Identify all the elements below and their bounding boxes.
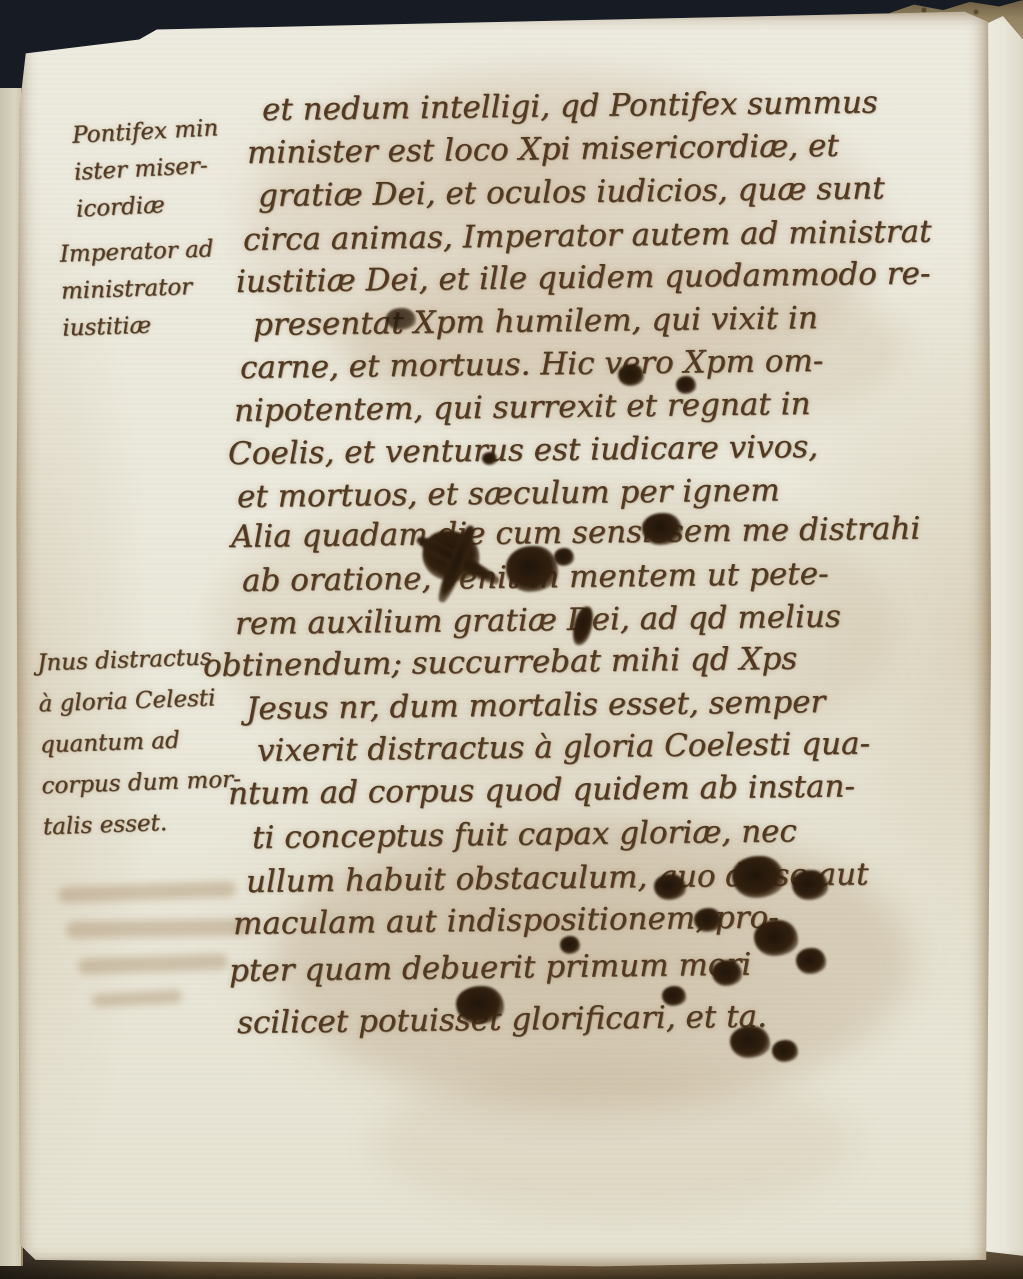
bleedthrough-smudge: [58, 881, 236, 903]
ink-blot: [482, 452, 497, 465]
bleedthrough-smudge: [92, 990, 183, 1008]
ink-blot: [792, 870, 828, 900]
manuscript-page: Pontifex minister miser-icordiæ Imperato…: [14, 8, 992, 1270]
ink-blot: [694, 908, 722, 932]
margin-note-line: icordiæ: [75, 184, 223, 229]
margin-note-line: Imperator ad: [59, 231, 214, 273]
ink-blot: [754, 920, 798, 956]
ink-blot: [618, 364, 644, 386]
margin-note-pontifex: Pontifex minister miser-icordiæ: [71, 110, 223, 228]
margin-note-line: à gloria Celesti: [38, 678, 239, 726]
manuscript-photograph: Pontifex minister miser-icordiæ Imperato…: [0, 0, 1023, 1279]
manuscript-line: Coelis, et venturus est iudicare vivos,: [228, 429, 818, 472]
margin-note-line: ister miser-: [73, 147, 221, 192]
margin-note-imperator: Imperator administratoriustitiæ: [59, 231, 217, 347]
manuscript-line: gratiæ Dei, et oculos iudicios, quæ sunt: [258, 170, 885, 214]
manuscript-line: circa animas, Imperator autem ad ministr…: [243, 214, 932, 258]
ink-blot: [730, 1026, 770, 1058]
bleedthrough-smudge: [66, 918, 252, 938]
ink-blot: [654, 874, 686, 900]
manuscript-line: et nedum intelligi, qd Pontifex summus: [262, 84, 878, 128]
manuscript-line: ntum ad corpus quod quidem ab instan-: [228, 768, 855, 812]
ink-blot: [642, 513, 682, 545]
manuscript-line: rem auxilium gratiæ Dei, ad qd melius: [235, 599, 841, 642]
manuscript-line: Jesus nr, dum mortalis esset, semper: [246, 684, 826, 727]
ink-blot: [456, 986, 504, 1024]
ink-blot: [732, 856, 784, 898]
ink-blot: [676, 376, 696, 394]
manuscript-line: carne, et mortuus. Hic vero Xpm om-: [240, 343, 824, 386]
ink-blot: [712, 960, 742, 986]
manuscript-line: obtinendum; succurrebat mihi qd Xps: [203, 641, 798, 684]
manuscript-line: et mortuos, et sæculum per ignem: [237, 472, 780, 515]
manuscript-line: iustitiæ Dei, et ille quidem quodammodo …: [236, 256, 931, 300]
manuscript-line: ti conceptus fuit capax gloriæ, nec: [252, 813, 797, 856]
margin-note-line: talis esset.: [42, 800, 243, 848]
manuscript-line: presentat Xpm humilem, qui vixit in: [253, 300, 818, 343]
ink-blot: [662, 986, 686, 1006]
ink-blot: [386, 308, 416, 330]
ink-blot: [560, 936, 580, 954]
ink-blot: [796, 948, 826, 974]
manuscript-line: pter quam debuerit primum mori: [229, 947, 752, 989]
ink-blot: [554, 548, 574, 566]
ink-blot: [506, 546, 558, 592]
age-stain: [374, 1068, 854, 1218]
manuscript-line: Alia quadam die cum sensissem me distrah…: [231, 511, 921, 555]
manuscript-line: minister est loco Xpi misericordiæ, et: [247, 128, 839, 171]
manuscript-line: vixerit distractus à gloria Coelesti qua…: [257, 726, 870, 769]
bleedthrough-smudge: [78, 953, 228, 974]
margin-note-line: iustitiæ: [62, 305, 217, 347]
manuscript-line: nipotentem, qui surrexit et regnat in: [234, 386, 811, 429]
ink-blot: [772, 1040, 798, 1062]
margin-note-line: corpus dum mor-: [41, 760, 242, 808]
margin-note-line: quantum ad: [39, 719, 240, 767]
margin-note-line: ministrator: [60, 268, 215, 310]
